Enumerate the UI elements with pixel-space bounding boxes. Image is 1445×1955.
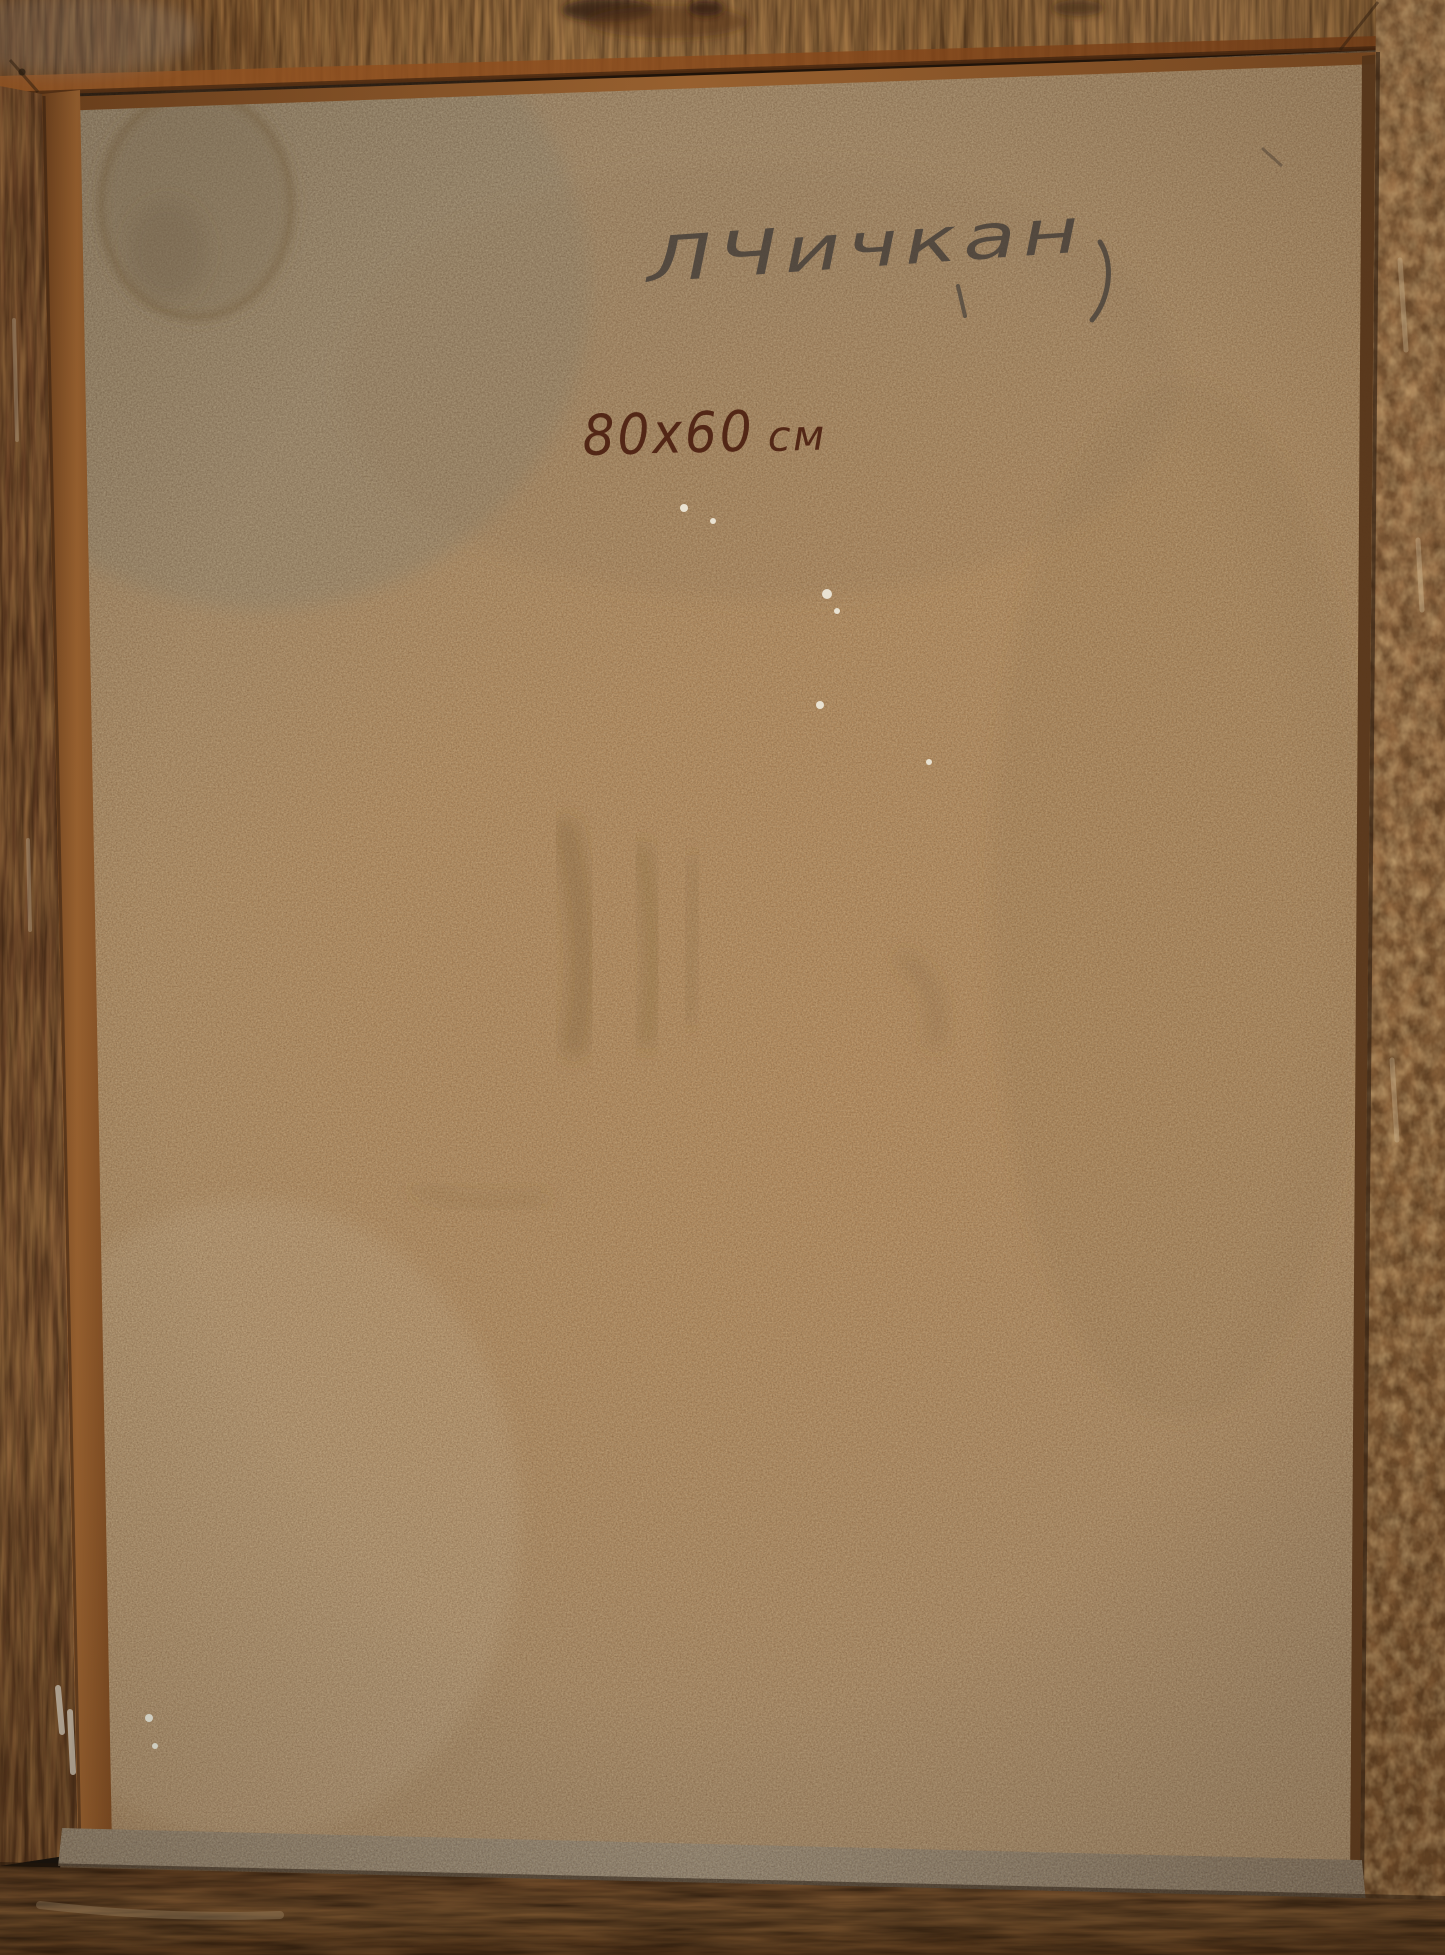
photo-scene: ЛЧичкан 80x60 см (0, 0, 1445, 1955)
photo-vignette (0, 0, 1445, 1955)
painting-back-photo: ЛЧичкан 80x60 см (0, 0, 1445, 1955)
